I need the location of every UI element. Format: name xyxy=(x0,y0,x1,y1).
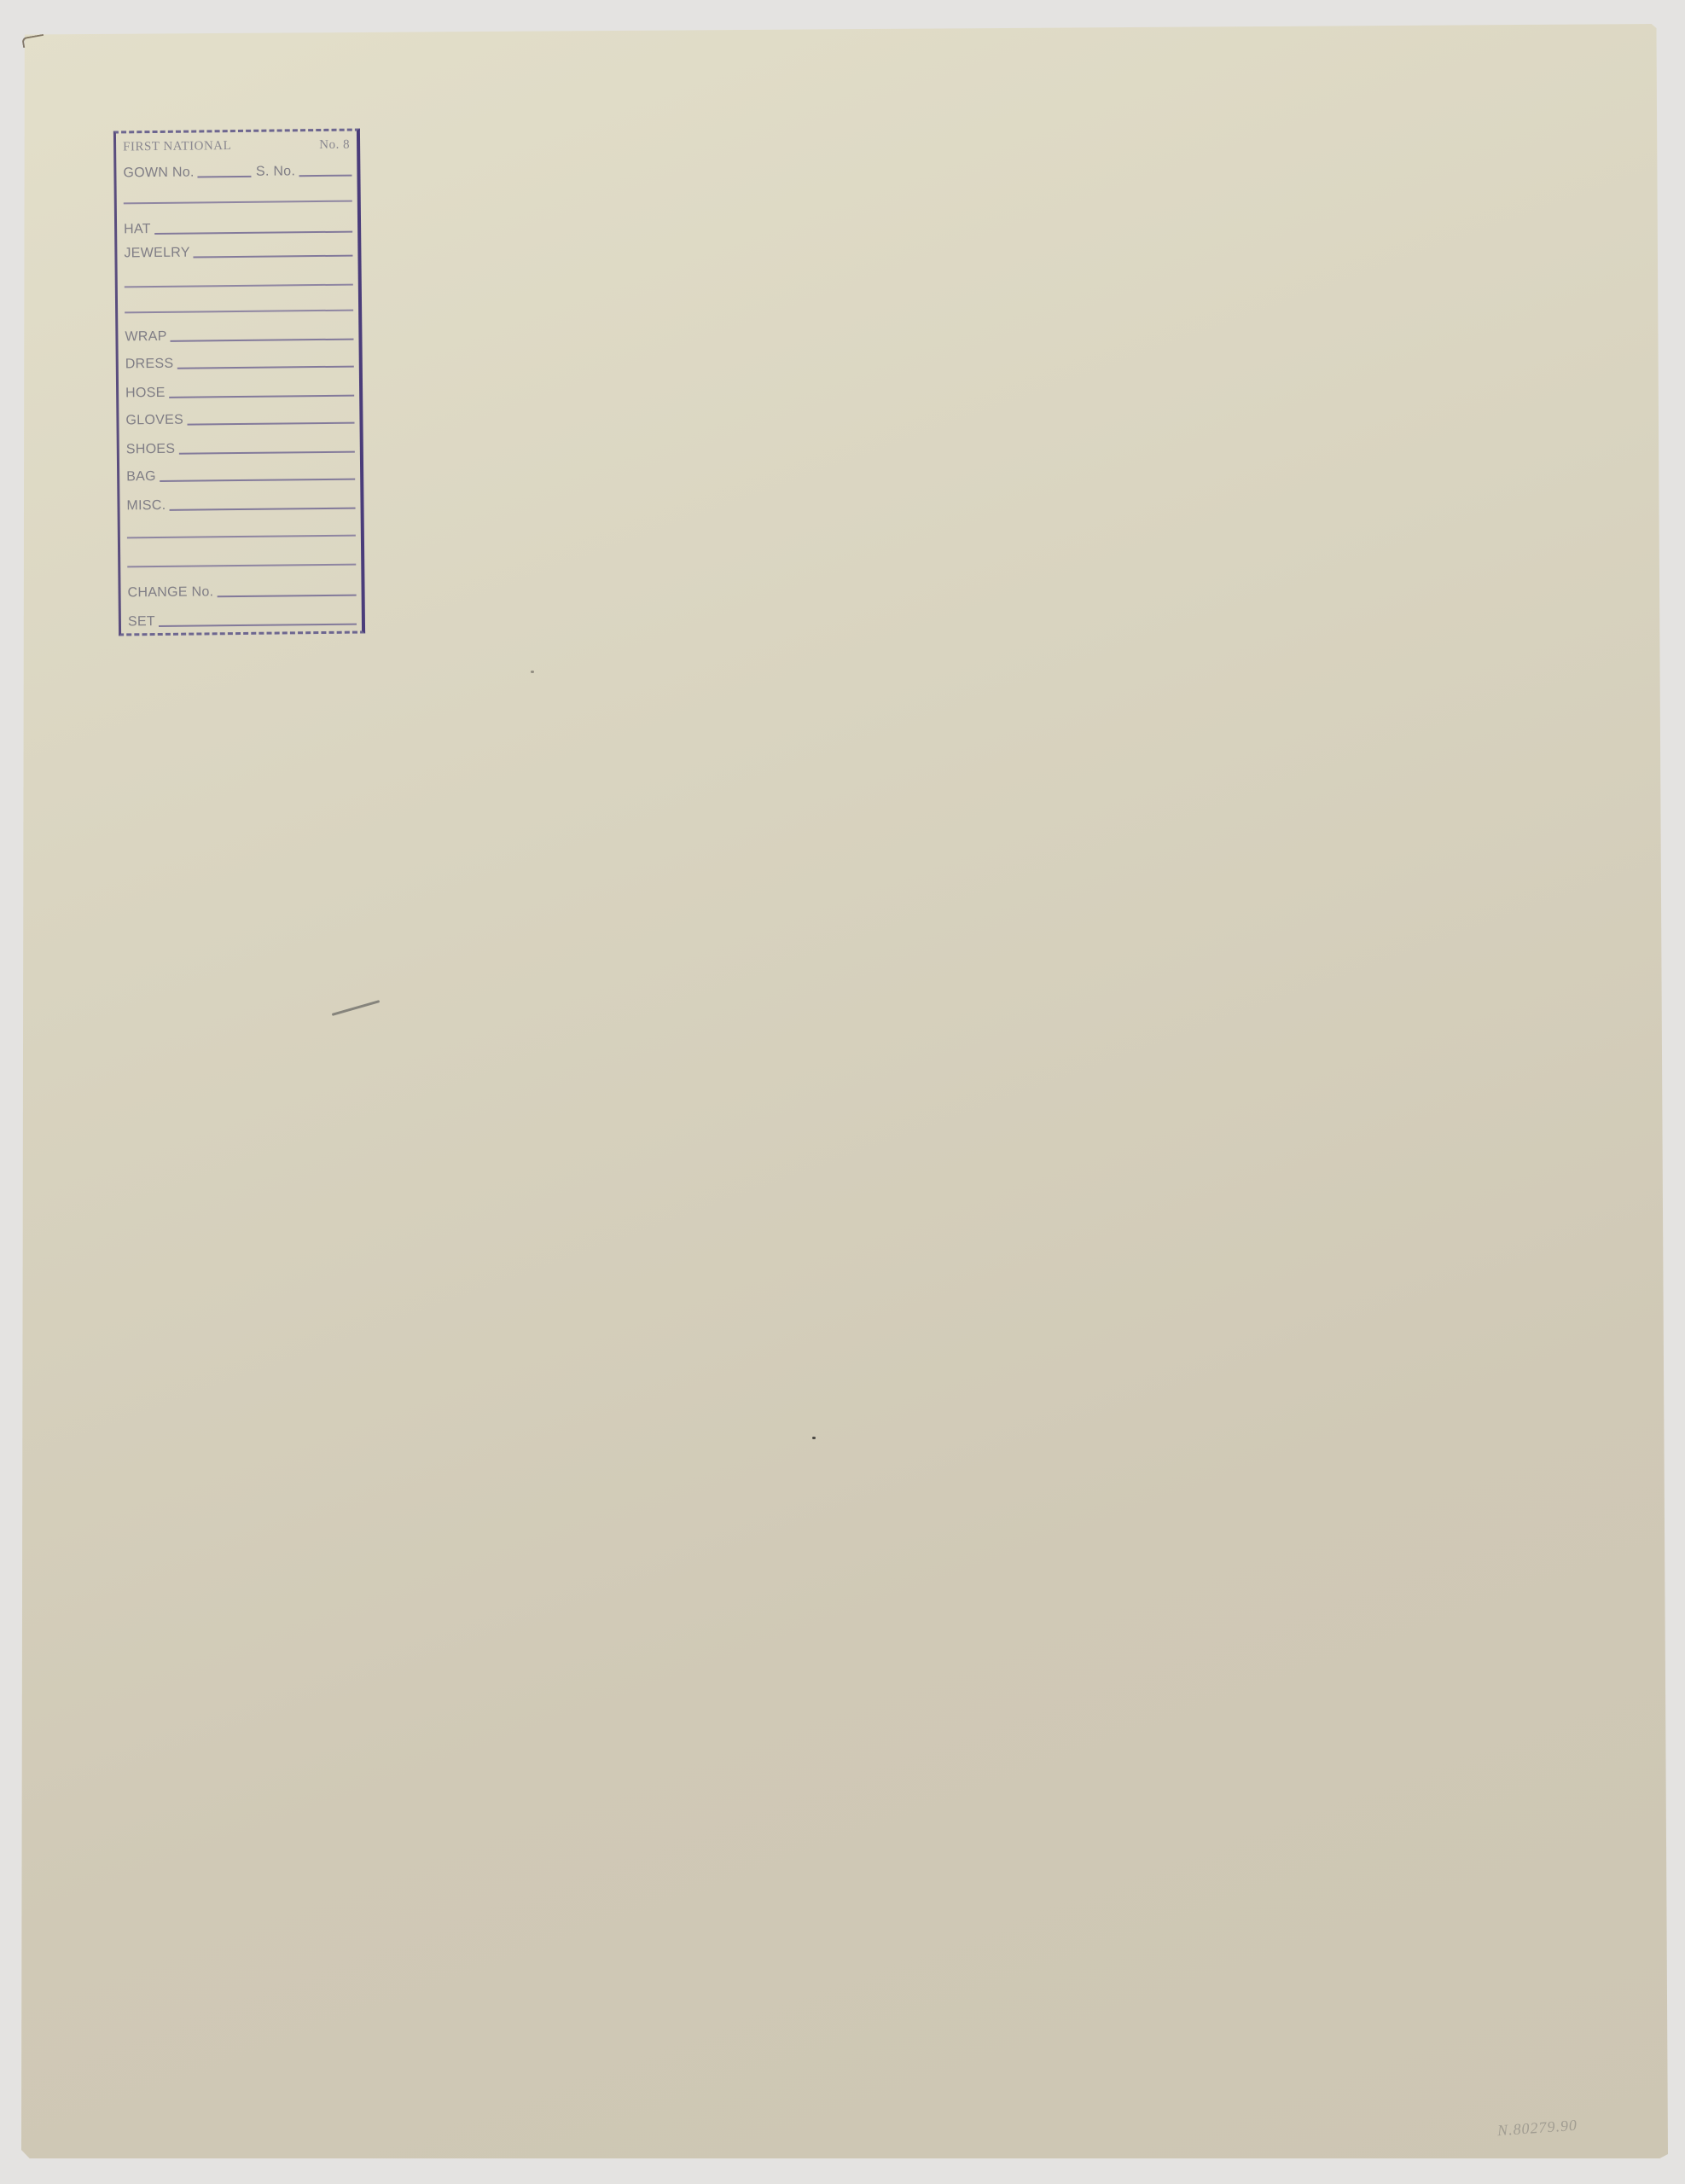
stamp-row xyxy=(125,270,353,291)
stamp-field-label: MISC. xyxy=(126,498,169,514)
wardrobe-stamp: FIRST NATIONAL No. 8 GOWN No. S. No. HAT… xyxy=(113,129,365,636)
stamp-field-line xyxy=(125,310,353,314)
stamp-field-line xyxy=(178,451,354,455)
stamp-row: SHOES xyxy=(126,437,355,458)
stamp-field-line xyxy=(187,422,354,426)
gown-line xyxy=(198,176,251,178)
stamp-field-line xyxy=(169,395,354,398)
stamp-field-label: BAG xyxy=(126,469,160,485)
stamp-row: MISC. xyxy=(126,493,355,514)
stamp-row: BAG xyxy=(126,464,355,485)
stamp-field-line xyxy=(160,479,355,482)
stamp-row: CHANGE No. xyxy=(127,580,356,601)
stamp-row: WRAP xyxy=(125,324,353,346)
stamp-row: GLOVES xyxy=(125,408,354,429)
stamp-row: HAT xyxy=(124,217,352,238)
stamp-field-line xyxy=(154,231,352,235)
gown-label: GOWN No. xyxy=(123,165,197,181)
stamp-row xyxy=(125,295,353,317)
blank-line xyxy=(124,200,352,205)
stamp-row-gown: GOWN No. S. No. xyxy=(123,160,352,182)
stamp-field-line xyxy=(194,255,353,258)
stamp-field-label: GLOVES xyxy=(125,413,187,429)
s-no-line xyxy=(299,175,352,177)
stamp-studio-name: FIRST NATIONAL xyxy=(123,139,231,154)
stamp-number: No. 8 xyxy=(319,138,350,153)
stamp-row: JEWELRY xyxy=(124,241,352,262)
stamp-row: HOSE xyxy=(125,380,354,402)
speck xyxy=(531,671,534,673)
stamp-field-line xyxy=(217,595,356,598)
stamp-field-label: CHANGE No. xyxy=(127,584,217,601)
stamp-field-label: HAT xyxy=(124,222,154,237)
stamp-field-line xyxy=(170,508,356,511)
stamp-field-line xyxy=(171,339,354,342)
stamp-header: FIRST NATIONAL No. 8 xyxy=(123,138,350,155)
stamp-field-label: JEWELRY xyxy=(124,246,194,262)
s-no-label: S. No. xyxy=(251,164,299,180)
stamp-field-label: SHOES xyxy=(126,442,179,458)
stamp-row: DRESS xyxy=(125,351,354,373)
stamp-field-line xyxy=(159,624,357,627)
stamp-row xyxy=(127,520,356,542)
stamp-field-line xyxy=(125,284,353,288)
stamp-field-line xyxy=(177,366,353,369)
stamp-field-line xyxy=(127,564,356,568)
stamp-field-label: WRAP xyxy=(125,329,170,346)
stamp-field-line xyxy=(127,535,356,539)
stamp-row xyxy=(127,549,356,571)
stamp-row-blank xyxy=(124,186,352,207)
stamp-field-label: HOSE xyxy=(125,386,169,402)
stamp-row: SET xyxy=(128,609,357,630)
stamp-field-label: SET xyxy=(128,614,159,630)
speck xyxy=(812,1437,816,1439)
stamp-field-label: DRESS xyxy=(125,357,177,373)
